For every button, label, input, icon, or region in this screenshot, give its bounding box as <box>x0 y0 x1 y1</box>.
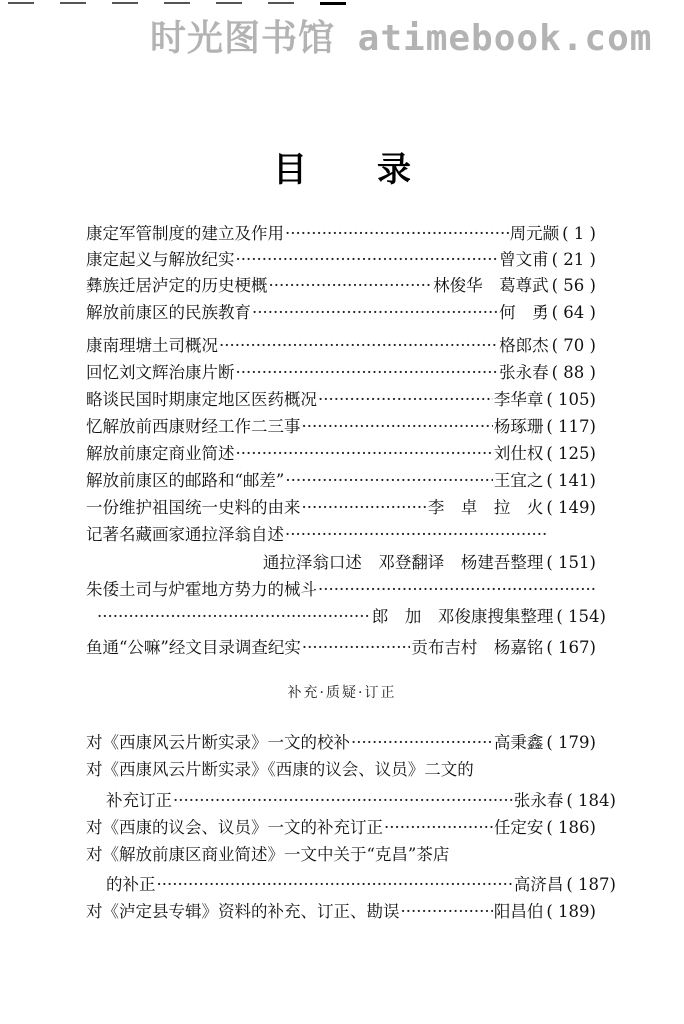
leader-dots <box>173 789 513 813</box>
entry-page: ( 154) <box>556 605 606 629</box>
entry-page: ( 151) <box>546 551 596 575</box>
entry-page: ( 167) <box>546 636 596 660</box>
toc-entry[interactable]: 解放前康定商业简述刘仕权( 125) <box>86 442 596 466</box>
toc-entry[interactable]: 对《西康风云片断实录》《西康的议会、议员》二文的 <box>86 758 596 782</box>
entry-author: 杨琢珊 <box>494 415 544 439</box>
leader-dots <box>236 361 499 385</box>
entry-author: 李 卓 拉 火 <box>428 496 544 520</box>
entry-page: ( 56 ) <box>552 274 596 298</box>
entry-title: 一份维护祖国统一史料的由来 <box>86 496 301 520</box>
leader-dots <box>157 873 513 897</box>
leader-dots <box>401 900 493 924</box>
entry-page: ( 1 ) <box>562 222 596 246</box>
entry-title: 记著名藏画家通拉泽翁自述 <box>86 523 284 547</box>
entry-author: 李华章 <box>494 388 544 412</box>
entry-author: 曾文甫 <box>499 248 549 272</box>
entry-page: ( 179) <box>546 731 596 755</box>
toc-entry[interactable]: 对《西康风云片断实录》一文的校补高秉鑫( 179) <box>86 731 596 755</box>
entry-page: ( 141) <box>546 469 596 493</box>
entry-page: ( 105) <box>546 388 596 412</box>
toc-entry-continuation[interactable]: 通拉泽翁口述 邓登翻译 杨建吾整理( 151) <box>86 551 596 575</box>
leader-dots <box>285 469 493 493</box>
entry-author: 何 勇 <box>499 301 549 325</box>
leader-dots <box>269 274 433 298</box>
entry-title: 对《西康风云片断实录》《西康的议会、议员》二文的 <box>86 758 474 782</box>
entry-title: 略谈民国时期康定地区医药概况 <box>86 388 317 412</box>
entry-author: 郎 加 邓俊康搜集整理 <box>372 605 554 629</box>
entry-page: ( 186) <box>546 816 596 840</box>
entry-title: 忆解放前西康财经工作二三事 <box>86 415 301 439</box>
leader-dots <box>252 301 498 325</box>
page-title-char: 录 <box>377 142 411 191</box>
scan-mark <box>60 2 86 4</box>
entry-author: 张永春 <box>514 789 564 813</box>
scan-mark <box>216 2 242 4</box>
leader-dots <box>285 523 546 547</box>
toc-entry[interactable]: 回忆刘文辉治康片断张永春( 88 ) <box>86 361 596 385</box>
toc-entry[interactable]: 鱼通“公嘛”经文目录调查纪实贡布吉村 杨嘉铭( 167) <box>86 636 596 660</box>
toc-entry[interactable]: 康定军管制度的建立及作用周元颛( 1 ) <box>86 222 596 246</box>
entry-title: 康定军管制度的建立及作用 <box>86 222 284 246</box>
toc-entry[interactable]: 康定起义与解放纪实曾文甫( 21 ) <box>86 248 596 272</box>
leader-dots <box>384 816 493 840</box>
page-title: 目录 <box>0 142 684 191</box>
entry-author: 高秉鑫 <box>494 731 544 755</box>
entry-author: 阳昌伯 <box>494 900 544 924</box>
entry-title: 补充订正 <box>106 789 172 813</box>
entry-page: ( 64 ) <box>552 301 596 325</box>
entry-author: 刘仕权 <box>494 442 544 466</box>
leader-dots <box>219 334 498 358</box>
entry-page: ( 187) <box>566 873 616 897</box>
entry-page: ( 184) <box>566 789 616 813</box>
entry-author: 周元颛 <box>510 222 560 246</box>
section-heading: 补充·质疑·订正 <box>0 682 684 702</box>
entry-author: 王宜之 <box>494 469 544 493</box>
toc-entry[interactable]: 解放前康区的邮路和“邮差”王宜之( 141) <box>86 469 596 493</box>
entry-title: 解放前康区的邮路和“邮差” <box>86 469 284 493</box>
toc-entry[interactable]: 一份维护祖国统一史料的由来李 卓 拉 火( 149) <box>86 496 596 520</box>
watermark: 时光图书馆 atimebook.com <box>150 10 652 61</box>
scan-mark <box>268 2 294 4</box>
toc-entry[interactable]: 朱倭土司与炉霍地方势力的械斗 <box>86 578 596 602</box>
entry-page: ( 125) <box>546 442 596 466</box>
leader-dots <box>236 442 493 466</box>
entry-page: ( 149) <box>546 496 596 520</box>
entry-title: 彝族迁居泸定的历史梗概 <box>86 274 268 298</box>
entry-title: 对《解放前康区商业简述》一文中关于“克昌”茶店 <box>86 843 449 867</box>
leader-dots <box>351 731 493 755</box>
entry-author: 贡布吉村 杨嘉铭 <box>411 636 543 660</box>
entry-author: 高济昌 <box>514 873 564 897</box>
scan-mark <box>320 2 346 5</box>
leader-dots <box>236 248 499 272</box>
entry-author: 格郎杰 <box>499 334 549 358</box>
scan-mark <box>112 2 138 4</box>
entry-title: 的补正 <box>106 873 156 897</box>
leader-dots <box>302 415 493 439</box>
entry-author: 林俊华 葛尊武 <box>433 274 549 298</box>
leader-dots <box>318 388 493 412</box>
leader-dots <box>285 222 509 246</box>
leader-dots <box>318 578 595 602</box>
entry-title: 对《西康风云片断实录》一文的校补 <box>86 731 350 755</box>
toc-entry-continuation[interactable]: 补充订正张永春( 184) <box>86 789 596 813</box>
entry-title: 对《泸定县专辑》资料的补充、订正、勘误 <box>86 900 400 924</box>
leader-dots <box>302 496 427 520</box>
entry-author: 任定安 <box>494 816 544 840</box>
toc-entry[interactable]: 对《西康的议会、议员》一文的补充订正任定安( 186) <box>86 816 596 840</box>
entry-author: 通拉泽翁口述 邓登翻译 杨建吾整理 <box>263 551 544 575</box>
entry-page: ( 88 ) <box>552 361 596 385</box>
entry-title: 康定起义与解放纪实 <box>86 248 235 272</box>
toc-entry-continuation[interactable]: 郎 加 邓俊康搜集整理( 154) <box>86 605 596 629</box>
toc-entry[interactable]: 康南理塘土司概况格郎杰( 70 ) <box>86 334 596 358</box>
page-title-char: 目 <box>273 142 307 191</box>
entry-page: ( 21 ) <box>552 248 596 272</box>
entry-page: ( 189) <box>546 900 596 924</box>
entry-title: 对《西康的议会、议员》一文的补充订正 <box>86 816 383 840</box>
toc-entry-continuation[interactable]: 的补正高济昌( 187) <box>86 873 596 897</box>
toc-entry[interactable]: 记著名藏画家通拉泽翁自述 <box>86 523 596 547</box>
entry-title: 解放前康定商业简述 <box>86 442 235 466</box>
toc-entry[interactable]: 忆解放前西康财经工作二三事杨琢珊( 117) <box>86 415 596 439</box>
scan-mark <box>164 2 190 4</box>
entry-title: 回忆刘文辉治康片断 <box>86 361 235 385</box>
toc-entry[interactable]: 彝族迁居泸定的历史梗概林俊华 葛尊武( 56 ) <box>86 274 596 298</box>
entry-title: 鱼通“公嘛”经文目录调查纪实 <box>86 636 301 660</box>
entry-page: ( 117) <box>546 415 596 439</box>
entry-title: 解放前康区的民族教育 <box>86 301 251 325</box>
leader-dots <box>97 605 371 629</box>
leader-dots <box>302 636 411 660</box>
toc-entry[interactable]: 对《解放前康区商业简述》一文中关于“克昌”茶店 <box>86 843 596 867</box>
scan-mark <box>8 2 34 4</box>
entry-title: 康南理塘土司概况 <box>86 334 218 358</box>
entry-title: 朱倭土司与炉霍地方势力的械斗 <box>86 578 317 602</box>
entry-page: ( 70 ) <box>552 334 596 358</box>
toc-entry[interactable]: 略谈民国时期康定地区医药概况李华章( 105) <box>86 388 596 412</box>
toc-entry[interactable]: 解放前康区的民族教育何 勇( 64 ) <box>86 301 596 325</box>
toc-entry[interactable]: 对《泸定县专辑》资料的补充、订正、勘误阳昌伯( 189) <box>86 900 596 924</box>
entry-author: 张永春 <box>499 361 549 385</box>
